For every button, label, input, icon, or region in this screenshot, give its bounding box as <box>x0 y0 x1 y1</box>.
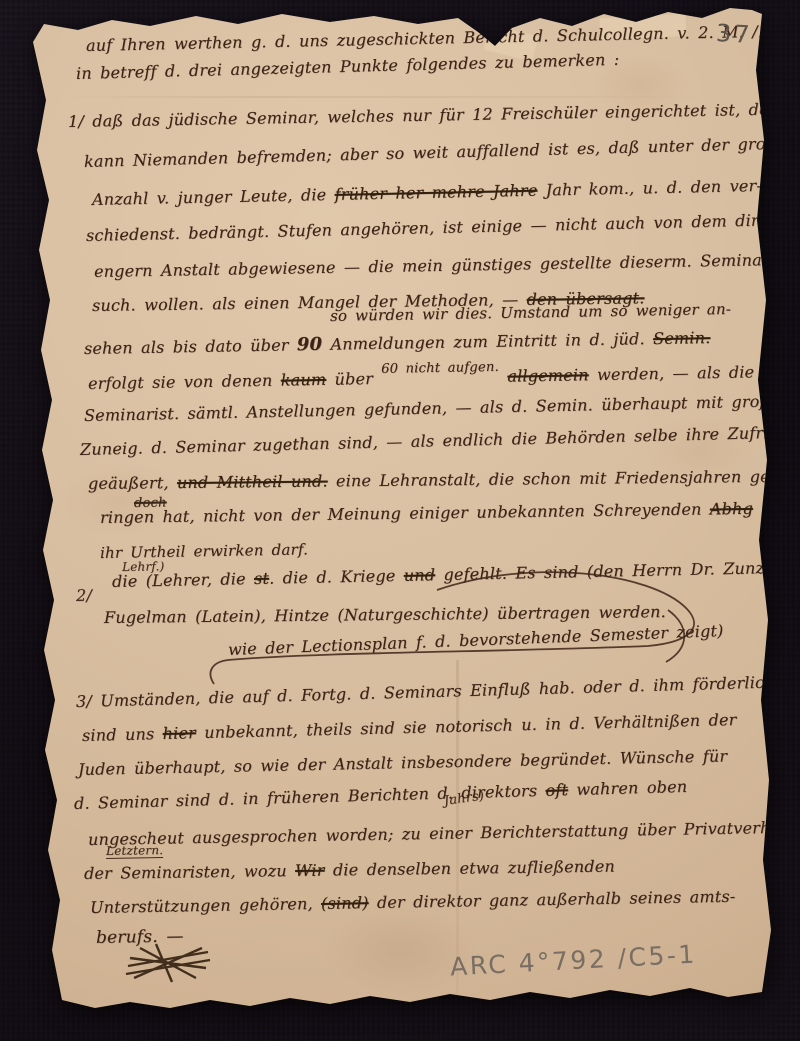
handwritten-line: Seminarist. sämtl. Anstellungen gefunden… <box>84 391 791 425</box>
handwritten-line: ungescheut ausgesprochen worden; zu eine… <box>88 817 800 849</box>
handwritten-line: in betreff d. drei angezeigten Punkte fo… <box>76 50 620 83</box>
handwritten-line: ihr Urtheil erwirken darf. <box>100 540 308 562</box>
handwritten-line: der Seminaristen, wozu Wir die denselben… <box>84 857 615 883</box>
handwritten-line: erfolgt sie von denen kaum über 60 nicht… <box>88 360 800 393</box>
handwritten-line: d. Seminar sind d. in früheren Berichten… <box>74 777 688 813</box>
handwritten-line: Anzahl v. junger Leute, die früher her m… <box>92 176 762 209</box>
interlinear-insertion: Lehrf.) <box>122 559 165 574</box>
handwritten-line: die (Lehrer, die st. die d. Kriege und g… <box>112 556 800 591</box>
manuscript-text-layer: auf Ihren werthen g. d. uns zugeschickte… <box>0 0 800 1041</box>
handwritten-line: wie der Lectionsplan f. d. bevorstehende… <box>228 621 724 659</box>
handwritten-line: ringen hat, nicht von der Meinung einige… <box>100 499 753 527</box>
handwritten-line: schiedenst. bedrängt. Stufen angehören, … <box>86 209 800 245</box>
handwritten-line: auf Ihren werthen g. d. uns zugeschickte… <box>86 20 800 55</box>
handwritten-line: berufs. — <box>96 926 184 948</box>
handwritten-line: engern Anstalt abgewiesene — die mein gü… <box>94 250 800 281</box>
paper-wrap: auf Ihren werthen g. d. uns zugeschickte… <box>0 0 800 1041</box>
handwritten-line: Juden überhaupt, so wie der Anstalt insb… <box>78 746 728 779</box>
scan-background: auf Ihren werthen g. d. uns zugeschickte… <box>0 0 800 1041</box>
interlinear-insertion: Letztern. <box>106 843 163 859</box>
handwritten-line: 3/ Umständen, die auf d. Fortg. d. Semin… <box>76 671 800 711</box>
handwritten-line: sehen als bis dato über 90 Anmeldungen z… <box>84 327 711 359</box>
page-number: 37 <box>715 19 753 49</box>
paper-sheet: auf Ihren werthen g. d. uns zugeschickte… <box>0 0 800 1041</box>
interlinear-insertion: 2/ <box>76 586 92 605</box>
handwritten-line: Zuneig. d. Seminar zugethan sind, — als … <box>80 421 800 459</box>
handwritten-line: Fugelman (Latein), Hintze (Naturgeschich… <box>104 602 666 627</box>
handwritten-line: sind uns hier unbekannt, theils sind sie… <box>82 710 737 745</box>
handwritten-line: Unterstützungen gehören, (sind) der dire… <box>90 887 736 917</box>
handwritten-line: geäußert, und Mittheil und. eine Lehrans… <box>88 466 800 493</box>
handwritten-line: kann Niemanden befremden; aber so weit a… <box>84 133 797 171</box>
interlinear-insertion: doch <box>134 495 167 511</box>
handwritten-line: 1/ daß das jüdische Seminar, welches nur… <box>68 98 800 131</box>
